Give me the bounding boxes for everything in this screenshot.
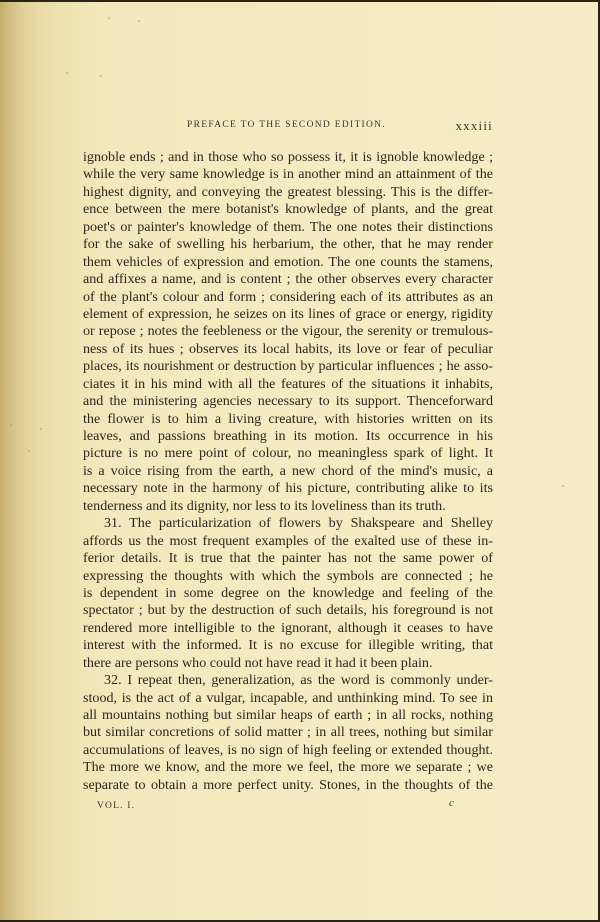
text-line: places, its nourishment or destruction b… [83,358,493,375]
text-line: ence between the mere botanist's knowled… [83,201,493,218]
text-line: all mountains nothing but similar heaps … [83,707,493,724]
paper-speck [28,450,30,452]
paper-speck [10,424,12,426]
text-line: poet's or painter's knowledge of them. T… [83,219,493,236]
text-line: spectator ; but by the destruction of su… [83,602,493,619]
paper-speck [138,20,140,22]
text-line: highest dignity, and conveying the great… [83,184,493,201]
text-line: and affixes a name, and is content ; the… [83,271,493,288]
text-line: The more we know, and the more we feel, … [83,759,493,776]
text-line: but similar concretions of solid matter … [83,724,493,741]
running-title: PREFACE TO THE SECOND EDITION. [187,120,386,130]
text-line: there are persons who could not have rea… [83,655,493,672]
signature-mark: c [449,797,454,809]
text-line: ferior details. It is true that the pain… [83,550,493,567]
paper-speck [100,75,102,77]
paragraph-section-31: 31. The particularization of flowers by … [83,515,493,672]
text-line: for the sake of swelling his herbarium, … [83,236,493,253]
text-line: is dependent in some degree on the knowl… [83,585,493,602]
text-line: necessary note in the harmony of his pic… [83,480,493,497]
book-page: PREFACE TO THE SECOND EDITION. xxxiii ig… [0,0,600,922]
paragraph-section-32: 32. I repeat then, generalization, as th… [83,672,493,794]
paper-speck [562,485,564,487]
text-line: leaves, and passions breathing in its mo… [83,428,493,445]
text-line: rendered more intelligible to the ignora… [83,620,493,637]
text-line: separate to obtain a more perfect unity.… [83,777,493,794]
text-line: ignoble ends ; and in those who so posse… [83,149,493,166]
body-text: ignoble ends ; and in those who so posse… [83,149,493,794]
text-line: the flower is to him a living creature, … [83,411,493,428]
running-head: PREFACE TO THE SECOND EDITION. xxxiii [83,118,493,134]
text-line: picture is no mere point of colour, no m… [83,445,493,462]
text-line: ciates it in his mind with all the featu… [83,376,493,393]
text-line: element of expression, he seizes on its … [83,306,493,323]
text-line: them vehicles of expression and emotion.… [83,254,493,271]
paper-speck [108,17,110,19]
text-line: 31. The particularization of flowers by … [83,515,493,532]
page-number: xxxiii [455,118,493,134]
text-line: of the plant's colour and form ; conside… [83,289,493,306]
text-line: tenderness and its dignity, nor less to … [83,498,493,515]
paragraph-continuation: ignoble ends ; and in those who so posse… [83,149,493,515]
text-line: 32. I repeat then, generalization, as th… [83,672,493,689]
text-line: interest with the informed. It is no exc… [83,637,493,654]
text-line: stood, is the act of a vulgar, incapable… [83,690,493,707]
text-line: expressing the thoughts with which the s… [83,568,493,585]
text-line: and the ministering agencies necessary t… [83,393,493,410]
text-line: while the very same knowledge is in anot… [83,166,493,183]
text-line: affords us the most frequent examples of… [83,533,493,550]
text-line: ness of its hues ; observes its local ha… [83,341,493,358]
volume-marker: VOL. I. [97,801,135,811]
text-line: or repose ; notes the feebleness or the … [83,323,493,340]
text-line: is a voice rising from the earth, a new … [83,463,493,480]
paper-speck [66,72,68,74]
paper-speck [40,428,42,430]
text-line: accumulations of leaves, is no sign of h… [83,742,493,759]
